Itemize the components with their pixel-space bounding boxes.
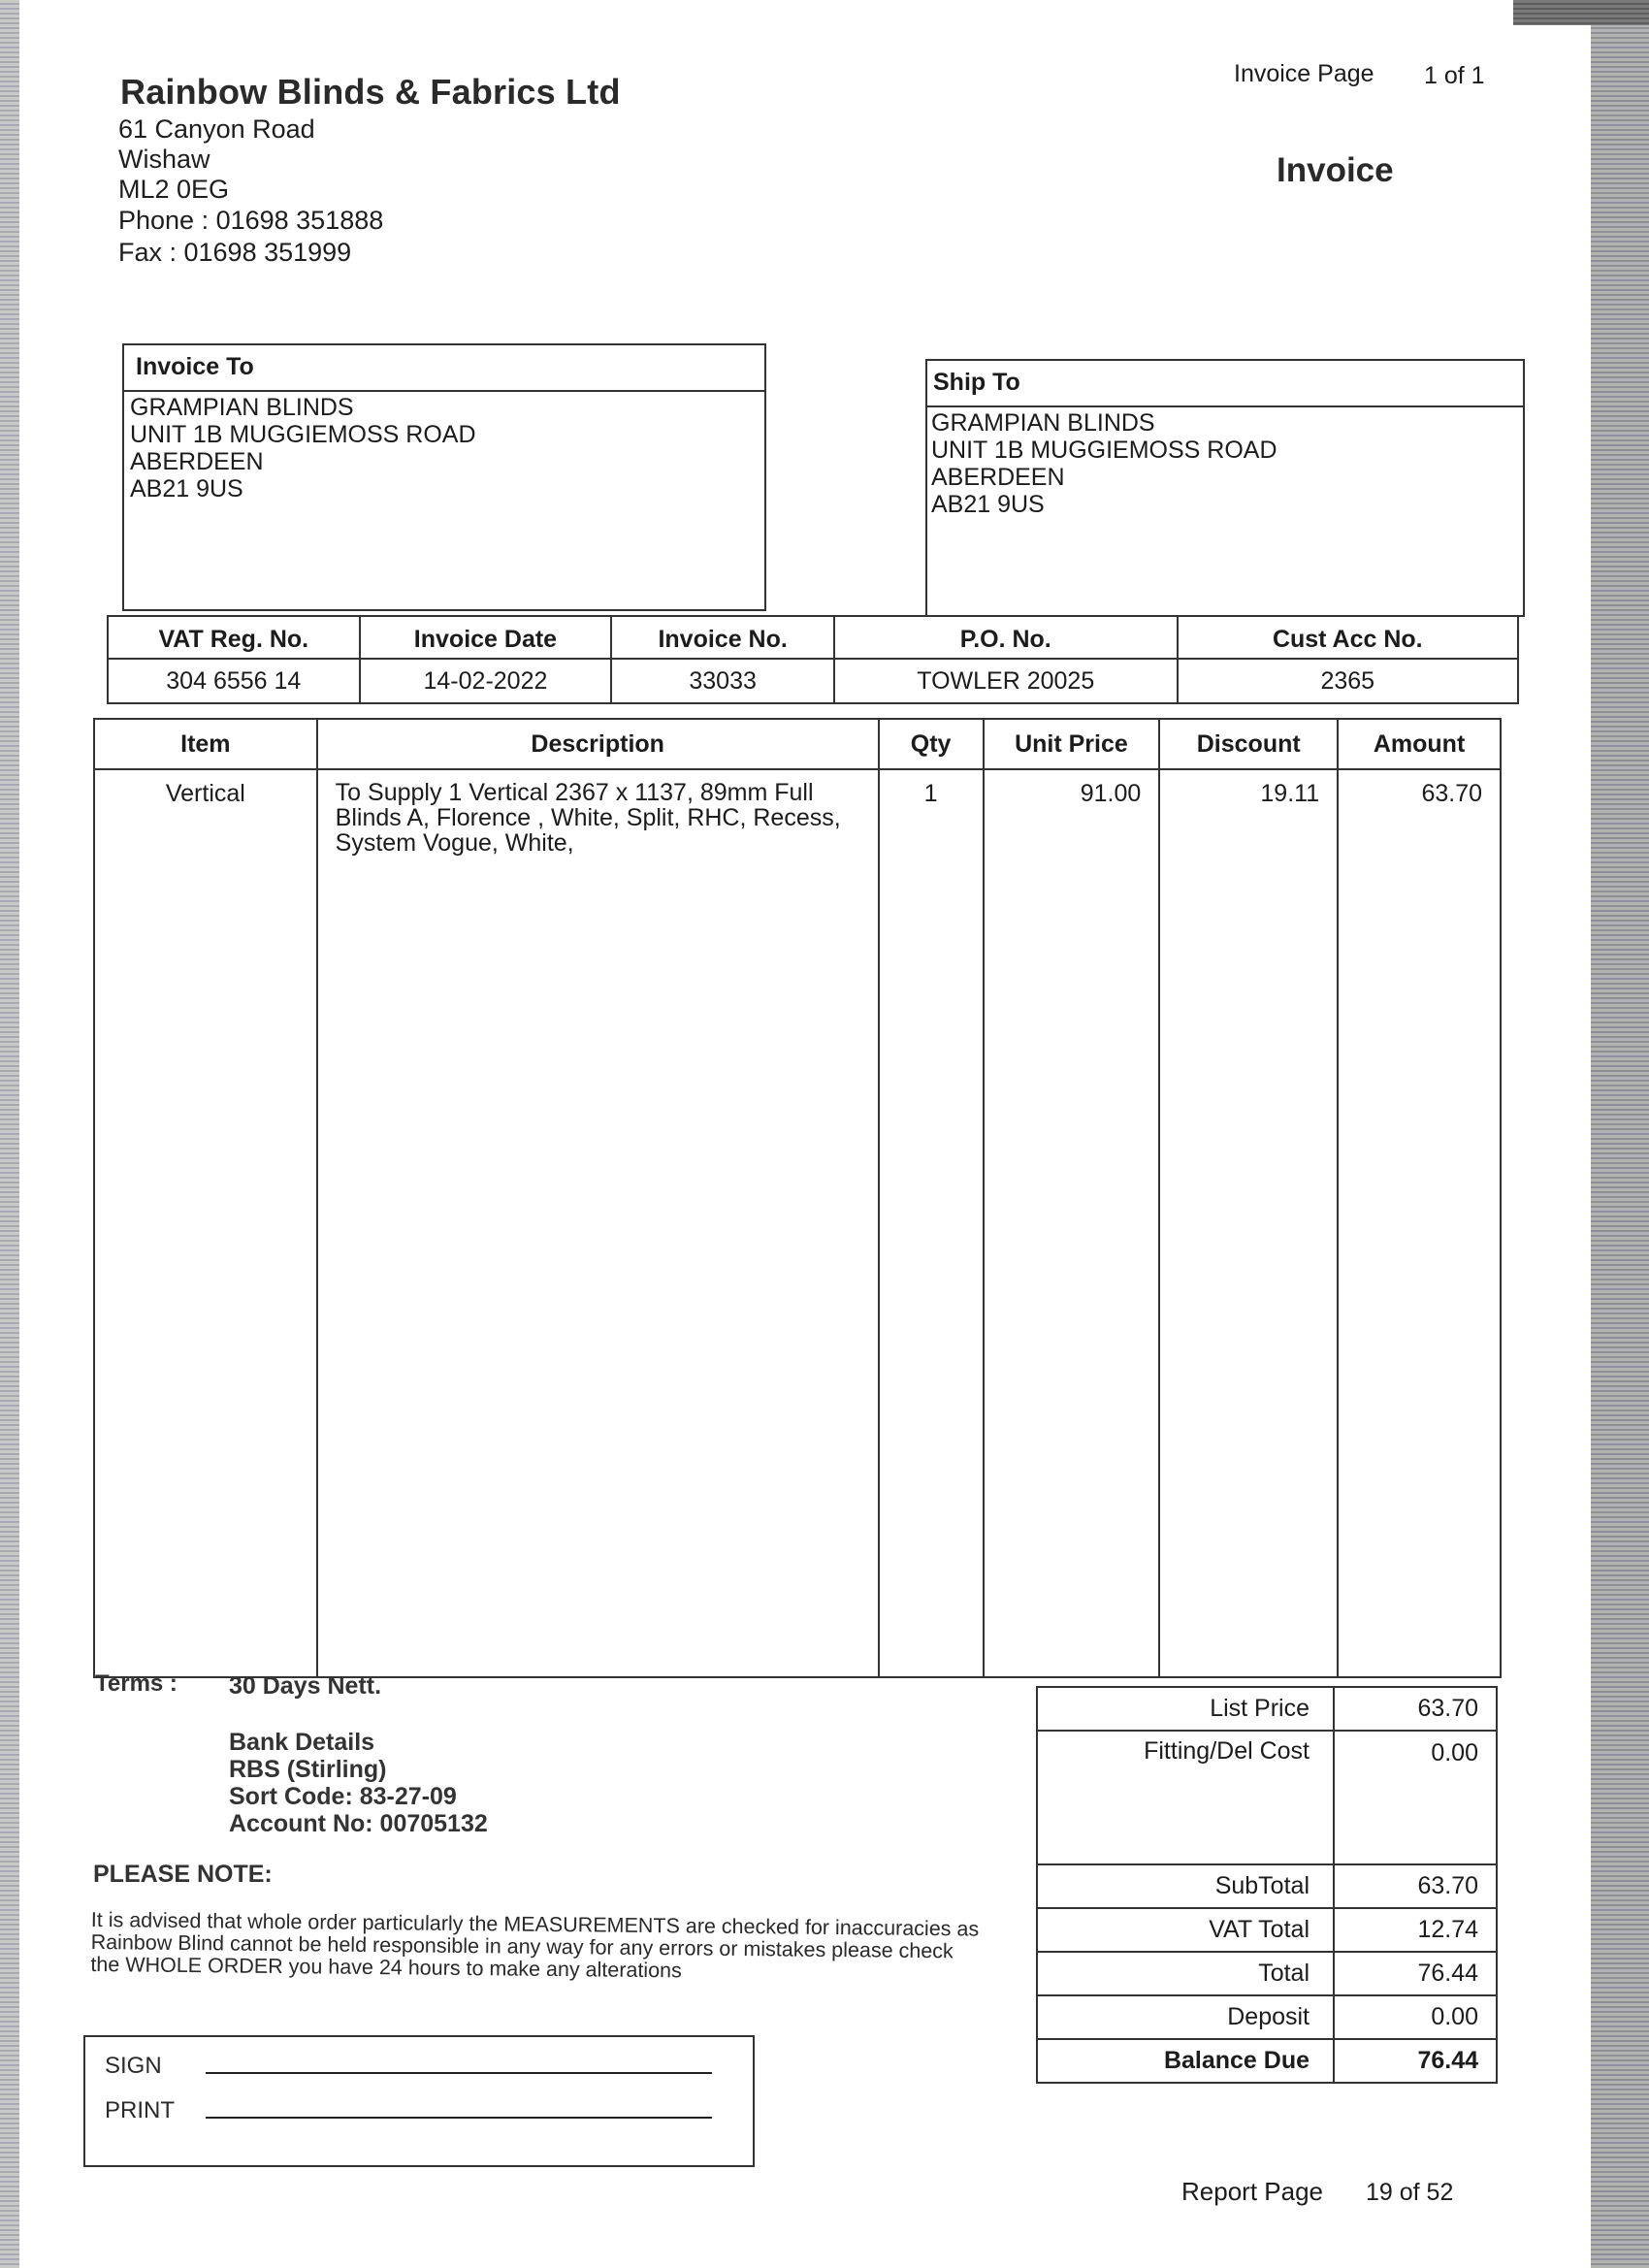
invoice-no-value: 33033 xyxy=(611,659,834,703)
unit-price-cell: 91.00 xyxy=(984,769,1160,1677)
invoice-to-line: AB21 9US xyxy=(130,475,764,502)
deposit-label: Deposit xyxy=(1037,1995,1334,2039)
amount-header: Amount xyxy=(1338,719,1501,769)
signature-box: SIGN PRINT xyxy=(83,2035,755,2167)
item-cell: Vertical xyxy=(94,769,317,1677)
company-address-line: Wishaw xyxy=(118,145,210,175)
cust-acc-header: Cust Acc No. xyxy=(1178,616,1518,659)
company-name: Rainbow Blinds & Fabrics Ltd xyxy=(120,72,621,113)
total-value: 76.44 xyxy=(1334,1952,1497,1995)
balance-due-value: 76.44 xyxy=(1334,2039,1497,2083)
terms-value: 30 Days Nett. xyxy=(229,1672,381,1701)
discount-header: Discount xyxy=(1159,719,1338,769)
description-cell: To Supply 1 Vertical 2367 x 1137, 89mm F… xyxy=(317,769,879,1677)
subtotal-value: 63.70 xyxy=(1334,1864,1497,1908)
ship-to-line: ABERDEEN xyxy=(931,464,1523,491)
ship-to-line: AB21 9US xyxy=(931,491,1523,518)
please-note-text: It is advised that whole order particula… xyxy=(90,1909,984,1986)
ship-to-heading: Ship To xyxy=(927,361,1523,407)
vat-total-label: VAT Total xyxy=(1037,1908,1334,1952)
qty-header: Qty xyxy=(879,719,984,769)
cust-acc-value: 2365 xyxy=(1178,659,1518,703)
scanner-edge-top xyxy=(1513,0,1649,25)
invoice-no-header: Invoice No. xyxy=(611,616,834,659)
sign-label: SIGN xyxy=(105,2053,162,2080)
company-fax: Fax : 01698 351999 xyxy=(118,238,351,268)
amount-cell: 63.70 xyxy=(1338,769,1501,1677)
subtotal-label: SubTotal xyxy=(1037,1864,1334,1908)
invoice-details-table: VAT Reg. No. Invoice Date Invoice No. P.… xyxy=(107,615,1519,704)
ship-to-box: Ship To GRAMPIAN BLINDS UNIT 1B MUGGIEMO… xyxy=(925,359,1525,617)
total-label: Total xyxy=(1037,1952,1334,1995)
terms-label: Terms : xyxy=(95,1670,178,1698)
invoice-to-heading: Invoice To xyxy=(124,345,764,392)
invoice-page-value: 1 of 1 xyxy=(1424,62,1485,90)
scanner-edge-right xyxy=(1591,0,1649,2268)
unit-price-header: Unit Price xyxy=(984,719,1160,769)
sort-code: Sort Code: 83-27-09 xyxy=(229,1783,457,1811)
scanner-edge-left xyxy=(0,0,19,2268)
totals-table: List Price 63.70 Fitting/Del Cost 0.00 S… xyxy=(1036,1686,1498,2084)
please-note-heading: PLEASE NOTE: xyxy=(93,1861,273,1889)
print-field[interactable] xyxy=(206,2117,712,2119)
report-page-value: 19 of 52 xyxy=(1366,2179,1453,2207)
po-no-header: P.O. No. xyxy=(834,616,1178,659)
item-header: Item xyxy=(94,719,317,769)
line-items-table: Item Description Qty Unit Price Discount… xyxy=(93,718,1502,1678)
company-address-line: 61 Canyon Road xyxy=(118,114,315,145)
discount-cell: 19.11 xyxy=(1159,769,1338,1677)
sign-field[interactable] xyxy=(206,2072,712,2074)
invoice-date-value: 14-02-2022 xyxy=(360,659,612,703)
company-address-line: ML2 0EG xyxy=(118,175,229,205)
list-price-value: 63.70 xyxy=(1334,1687,1497,1731)
invoice-to-line: UNIT 1B MUGGIEMOSS ROAD xyxy=(130,421,764,448)
balance-due-label: Balance Due xyxy=(1037,2039,1334,2083)
company-phone: Phone : 01698 351888 xyxy=(118,206,383,236)
account-number: Account No: 00705132 xyxy=(229,1810,488,1838)
print-label: PRINT xyxy=(105,2097,175,2124)
table-row: Vertical To Supply 1 Vertical 2367 x 113… xyxy=(94,769,1501,1677)
invoice-to-box: Invoice To GRAMPIAN BLINDS UNIT 1B MUGGI… xyxy=(122,343,766,611)
description-header: Description xyxy=(317,719,879,769)
invoice-page-label: Invoice Page xyxy=(1234,60,1374,88)
invoice-date-header: Invoice Date xyxy=(360,616,612,659)
vat-reg-value: 304 6556 14 xyxy=(108,659,360,703)
vat-total-value: 12.74 xyxy=(1334,1908,1497,1952)
bank-details-heading: Bank Details xyxy=(229,1729,374,1757)
qty-cell: 1 xyxy=(879,769,984,1677)
po-no-value: TOWLER 20025 xyxy=(834,659,1178,703)
ship-to-line: UNIT 1B MUGGIEMOSS ROAD xyxy=(931,437,1523,464)
invoice-to-line: ABERDEEN xyxy=(130,448,764,475)
document-title: Invoice xyxy=(1277,151,1394,190)
fitting-label: Fitting/Del Cost xyxy=(1037,1731,1334,1864)
invoice-to-line: GRAMPIAN BLINDS xyxy=(130,394,764,421)
vat-reg-header: VAT Reg. No. xyxy=(108,616,360,659)
report-page-label: Report Page xyxy=(1181,2177,1323,2207)
deposit-value: 0.00 xyxy=(1334,1995,1497,2039)
bank-name: RBS (Stirling) xyxy=(229,1756,387,1784)
fitting-value: 0.00 xyxy=(1334,1731,1497,1864)
ship-to-line: GRAMPIAN BLINDS xyxy=(931,409,1523,437)
list-price-label: List Price xyxy=(1037,1687,1334,1731)
